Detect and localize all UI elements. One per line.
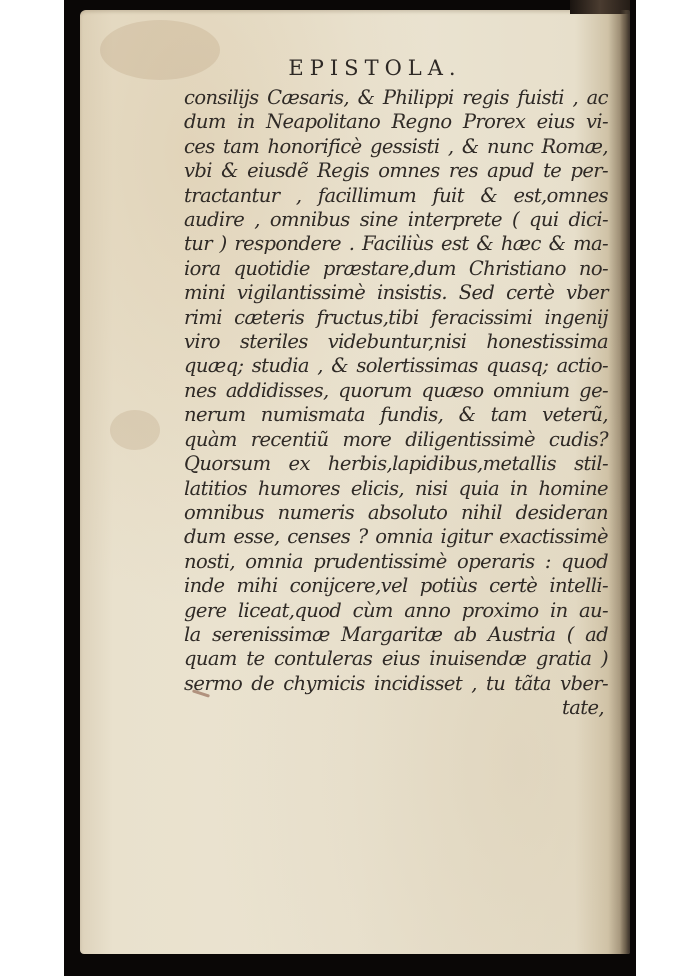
book-page: EPISTOLA. consilijs Cæsaris, & Philippi … xyxy=(80,10,630,954)
text-line: Quorsum ex herbis,lapidibus,metallis sti… xyxy=(184,452,608,476)
text-line: la serenissimæ Margaritæ ab Austria ( ad xyxy=(184,623,608,647)
text-line: quàm recentiũ more diligentissimè cudis? xyxy=(184,428,608,452)
text-line: inde mihi conijcere,vel potiùs certè int… xyxy=(184,574,608,598)
catchword: tate, xyxy=(184,696,608,720)
text-line: ces tam honorificè gessisti , & nunc Rom… xyxy=(184,135,608,159)
text-line: consilijs Cæsaris, & Philippi regis fuis… xyxy=(184,86,608,110)
text-line: iora quotidie præstare,dum Christiano no… xyxy=(184,257,608,281)
text-line: sermo de chymicis incidisset , tu tãta v… xyxy=(184,672,608,696)
text-line: tur ) respondere . Faciliùs est & hæc & … xyxy=(184,232,608,256)
text-line: gere liceat,quod cùm anno proximo in au- xyxy=(184,599,608,623)
text-line: latitios humores elicis, nisi quia in ho… xyxy=(184,477,608,501)
text-line: viro steriles videbuntur,nisi honestissi… xyxy=(184,330,608,354)
text-line: omnibus numeris absoluto nihil desideran xyxy=(184,501,608,525)
body-text: consilijs Cæsaris, & Philippi regis fuis… xyxy=(184,86,608,721)
paper-stain xyxy=(110,410,160,450)
text-line: vbi & eiusdẽ Regis omnes res apud te per… xyxy=(184,159,608,183)
page-edge-shadow xyxy=(620,10,630,954)
text-line: dum in Neapolitano Regno Prorex eius vi- xyxy=(184,110,608,134)
text-line: nes addidisses, quorum quæso omnium ge- xyxy=(184,379,608,403)
text-line: dum esse, censes ? omnia igitur exactiss… xyxy=(184,525,608,549)
text-line: quam te contuleras eius inuisendæ gratia… xyxy=(184,647,608,671)
running-head: EPISTOLA. xyxy=(80,56,630,80)
text-line: quæq; studia , & solertissimas quasq; ac… xyxy=(184,354,608,378)
text-line: audire , omnibus sine interprete ( qui d… xyxy=(184,208,608,232)
scan-frame: EPISTOLA. consilijs Cæsaris, & Philippi … xyxy=(64,0,636,976)
text-line: rimi cæteris fructus,tibi feracissimi in… xyxy=(184,306,608,330)
text-line: nosti, omnia prudentissimè operaris : qu… xyxy=(184,550,608,574)
text-line: tractantur , facillimum fuit & est,omnes xyxy=(184,184,608,208)
text-line: nerum numismata fundis, & tam veterũ, xyxy=(184,403,608,427)
text-line: mini vigilantissimè insistis. Sed certè … xyxy=(184,281,608,305)
